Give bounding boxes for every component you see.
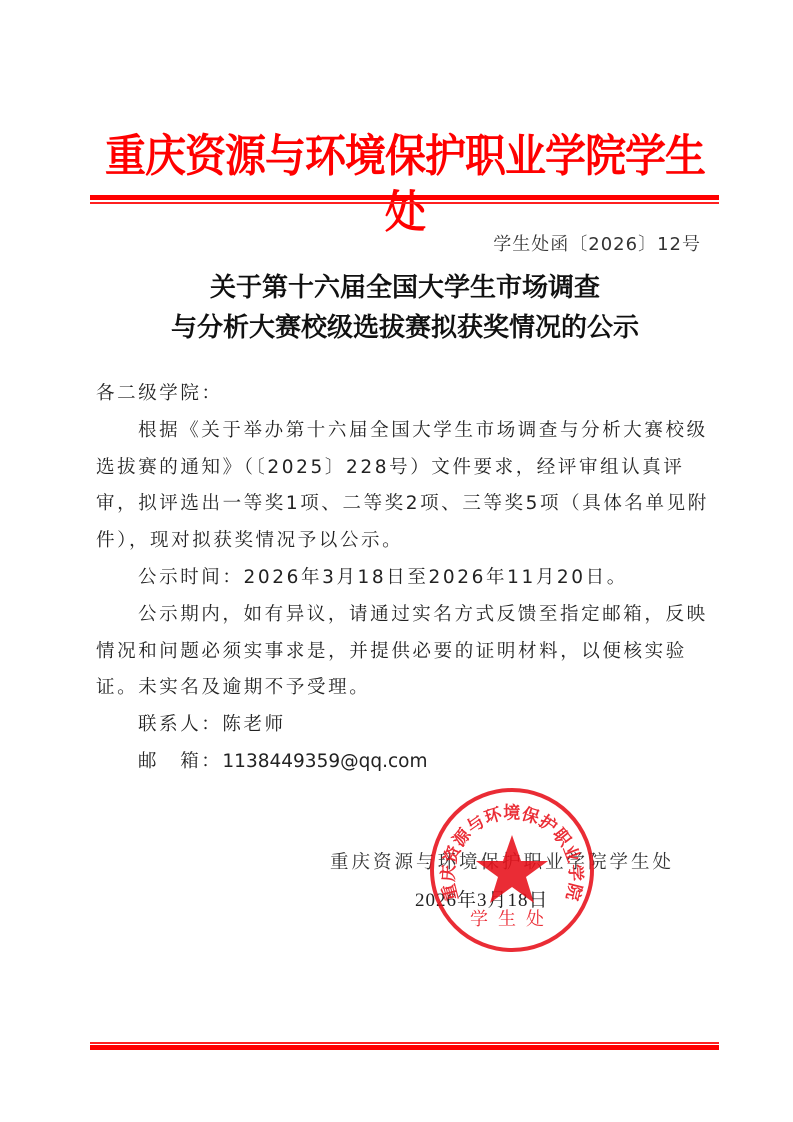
- document-number: 学生处函〔2026〕12号: [493, 230, 701, 256]
- contact-email-line: 邮 箱：1138449359@qq.com: [96, 744, 716, 781]
- organization-header: 重庆资源与环境保护职业学院学生处: [90, 128, 720, 240]
- paragraph-objection: 公示期内，如有异议，请通过实名方式反馈至指定邮箱，反映情况和问题必须实事求是，并…: [96, 597, 716, 707]
- title-line-1: 关于第十六届全国大学生市场调查: [90, 268, 720, 308]
- paragraph-period: 公示时间：2026年3月18日至2026年11月20日。: [96, 560, 716, 597]
- salutation: 各二级学院：: [96, 376, 716, 413]
- paragraph-basis: 根据《关于举办第十六届全国大学生市场调查与分析大赛校级选拔赛的通知》（〔2025…: [96, 413, 716, 560]
- title-line-2: 与分析大赛校级选拔赛拟获奖情况的公示: [90, 308, 720, 348]
- contact-person-value: 陈老师: [222, 714, 285, 735]
- official-seal: 重庆资源与环境保护职业学院 学生处: [427, 785, 597, 955]
- contact-person-line: 联系人：陈老师: [96, 707, 716, 744]
- document-page: 重庆资源与环境保护职业学院学生处 学生处函〔2026〕12号 关于第十六届全国大…: [0, 0, 793, 1122]
- document-body: 各二级学院： 根据《关于举办第十六届全国大学生市场调查与分析大赛校级选拔赛的通知…: [96, 376, 716, 781]
- header-rule-thin: [90, 202, 719, 204]
- contact-email-value[interactable]: 1138449359@qq.com: [222, 751, 427, 772]
- star-icon: [476, 835, 548, 903]
- footer-rule-thin: [90, 1042, 719, 1044]
- seal-bottom-text: 学生处: [470, 909, 554, 930]
- contact-person-label: 联系人：: [138, 714, 222, 735]
- contact-email-label: 邮 箱：: [138, 751, 222, 772]
- header-rule-thick: [90, 195, 719, 200]
- document-title: 关于第十六届全国大学生市场调查 与分析大赛校级选拔赛拟获奖情况的公示: [90, 268, 720, 348]
- footer-rule-thick: [90, 1045, 719, 1050]
